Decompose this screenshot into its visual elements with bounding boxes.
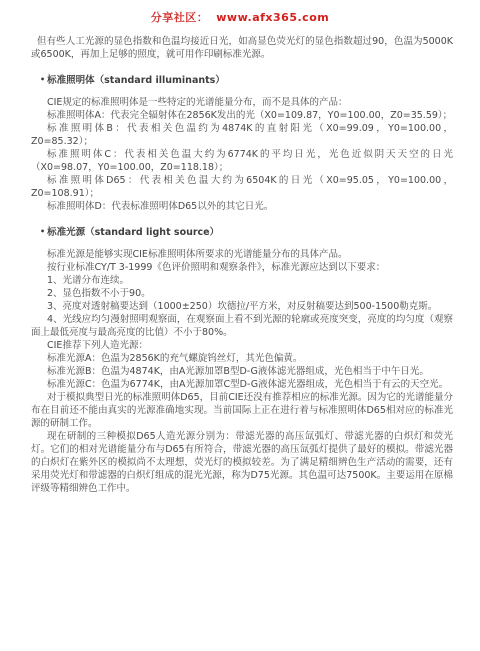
paragraph: 2、显色指数不小于90。 [31,287,453,300]
paragraph: 标准光源A：色温为2856K的充气螺旋钨丝灯，其光色偏黄。 [31,352,453,365]
paragraph: 标准照明体A：代表完全辐射体在2856K发出的光（X0=109.87，Y0=10… [31,109,453,122]
paragraph: 标准照明体C：代表相关色温大约为6774K的平均日光，光色近似阴天天空的日光（X… [31,148,453,174]
bullet-icon: • [40,227,45,236]
document-page: 分享社区：www.afx365.com 但有些人工光源的显色指数和色温均接近日光… [0,0,480,651]
site-name: 分享社区： [151,11,209,24]
paragraph: 标准光源B：色温为4874K，由A光源加罩B型D-G液体滤光器组成，光色相当于中… [31,365,453,378]
paragraph: 标准光源是能够实现CIE标准照明体所要求的光谱能量分布的具体产品。 [31,248,453,261]
paragraph: 标准光源C：色温为6774K，由A光源加罩C型D-G液体滤光器组成，光色相当于有… [31,378,453,391]
paragraph: 标准照明体D65：代表相关色温大约为6504K的日光（X0=95.05，Y0=1… [31,174,453,200]
paragraph: 现在研制的三种模拟D65人造光源分别为：带滤光器的高压氙弧灯、带滤光器的白炽灯和… [31,430,453,495]
section-heading-light-source: •标准光源（standard light source） [31,225,453,239]
document-body: 但有些人工光源的显色指数和色温均接近日光，如高显色荧光灯的显色指数超过90，色温… [0,25,480,495]
paragraph: 按行业标准CY/T 3-1999《色评价照明和观察条件》，标准光源应达到以下要求… [31,261,453,274]
section-heading-text: 标准光源（standard light source） [47,227,219,238]
paragraph: 4、光线应均匀漫射照明观察面，在观察面上看不到光源的轮廓或亮度突变，亮度的均匀度… [31,313,453,339]
watermark-header: 分享社区：www.afx365.com [0,0,480,25]
bullet-icon: • [40,75,45,84]
section-light-source-paragraphs: 标准光源是能够实现CIE标准照明体所要求的光谱能量分布的具体产品。按行业标准CY… [31,248,453,495]
paragraph: CIE推荐下列人造光源： [31,339,453,352]
intro-paragraph: 但有些人工光源的显色指数和色温均接近日光，如高显色荧光灯的显色指数超过90，色温… [31,35,453,61]
paragraph: 对于模拟典型日光的标准照明体D65，目前CIE还没有推荐相应的标准光源。因为它的… [31,391,453,430]
section-heading-text: 标准照明体（standard illuminants） [47,75,225,86]
paragraph: CIE规定的标准照明体是一些特定的光谱能量分布，而不是具体的产品： [31,96,453,109]
paragraph: 1、光谱分布连续。 [31,274,453,287]
paragraph: 3、亮度对透射稿要达到（1000±250）坎德拉/平方米，对反射稿要达到500-… [31,300,453,313]
site-url: www.afx365.com [216,11,329,24]
paragraph: 标准照明体B：代表相关色温约为4874K的直射阳光（X0=99.09，Y0=10… [31,122,453,148]
paragraph: 标准照明体D：代表标准照明体D65以外的其它日光。 [31,200,453,213]
section-heading-illuminants: •标准照明体（standard illuminants） [31,73,453,87]
section-illuminants-paragraphs: CIE规定的标准照明体是一些特定的光谱能量分布，而不是具体的产品：标准照明体A：… [31,96,453,213]
